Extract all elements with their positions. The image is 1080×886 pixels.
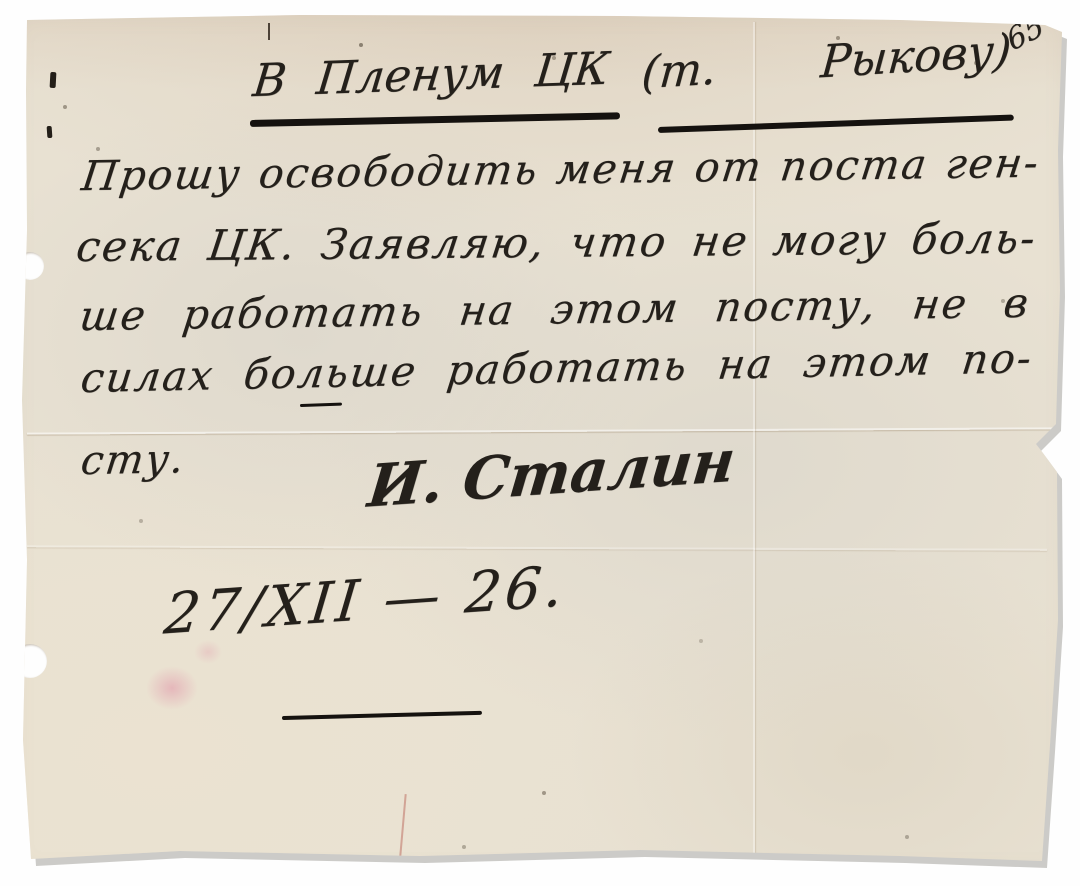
punch-hole-bottom — [13, 644, 47, 678]
signature: И. Сталин — [365, 426, 739, 520]
word-underline-mark — [300, 403, 342, 407]
body-line-2: сека ЦК. Заявляю, что не могу боль- — [74, 214, 1040, 271]
staple-mark-top — [50, 72, 57, 88]
body-line-3: ше работать на этом посту, не в — [77, 279, 1033, 340]
body-line-5: сту. — [78, 436, 188, 484]
date-flourish-line — [282, 711, 482, 720]
heading-recipient-note: (т. Рыкову) — [640, 23, 1014, 99]
document-paper: 65 В Пленум ЦК (т. Рыкову) Прошу освобод… — [0, 0, 1080, 886]
staple-mark-bottom — [47, 126, 53, 138]
body-line-4: силах больше работать на этом по- — [78, 334, 1036, 402]
scan-background: 65 В Пленум ЦК (т. Рыкову) Прошу освобод… — [0, 0, 1080, 886]
paper-specks — [0, 0, 2, 2]
red-crease-mark — [399, 794, 406, 856]
heading-underline-left — [250, 112, 620, 127]
date: 27/XII — 26. — [161, 554, 570, 648]
body-line-1: Прошу освободить меня от поста ген- — [79, 139, 1043, 200]
heading-underline-right — [658, 115, 1014, 133]
punch-hole-top — [16, 252, 44, 280]
horizontal-fold-crease — [27, 427, 1053, 434]
top-edge-ink-tick — [268, 23, 270, 40]
heading-addressee: В Пленум ЦК — [250, 42, 611, 108]
horizontal-fold-crease-faint — [27, 545, 1047, 551]
